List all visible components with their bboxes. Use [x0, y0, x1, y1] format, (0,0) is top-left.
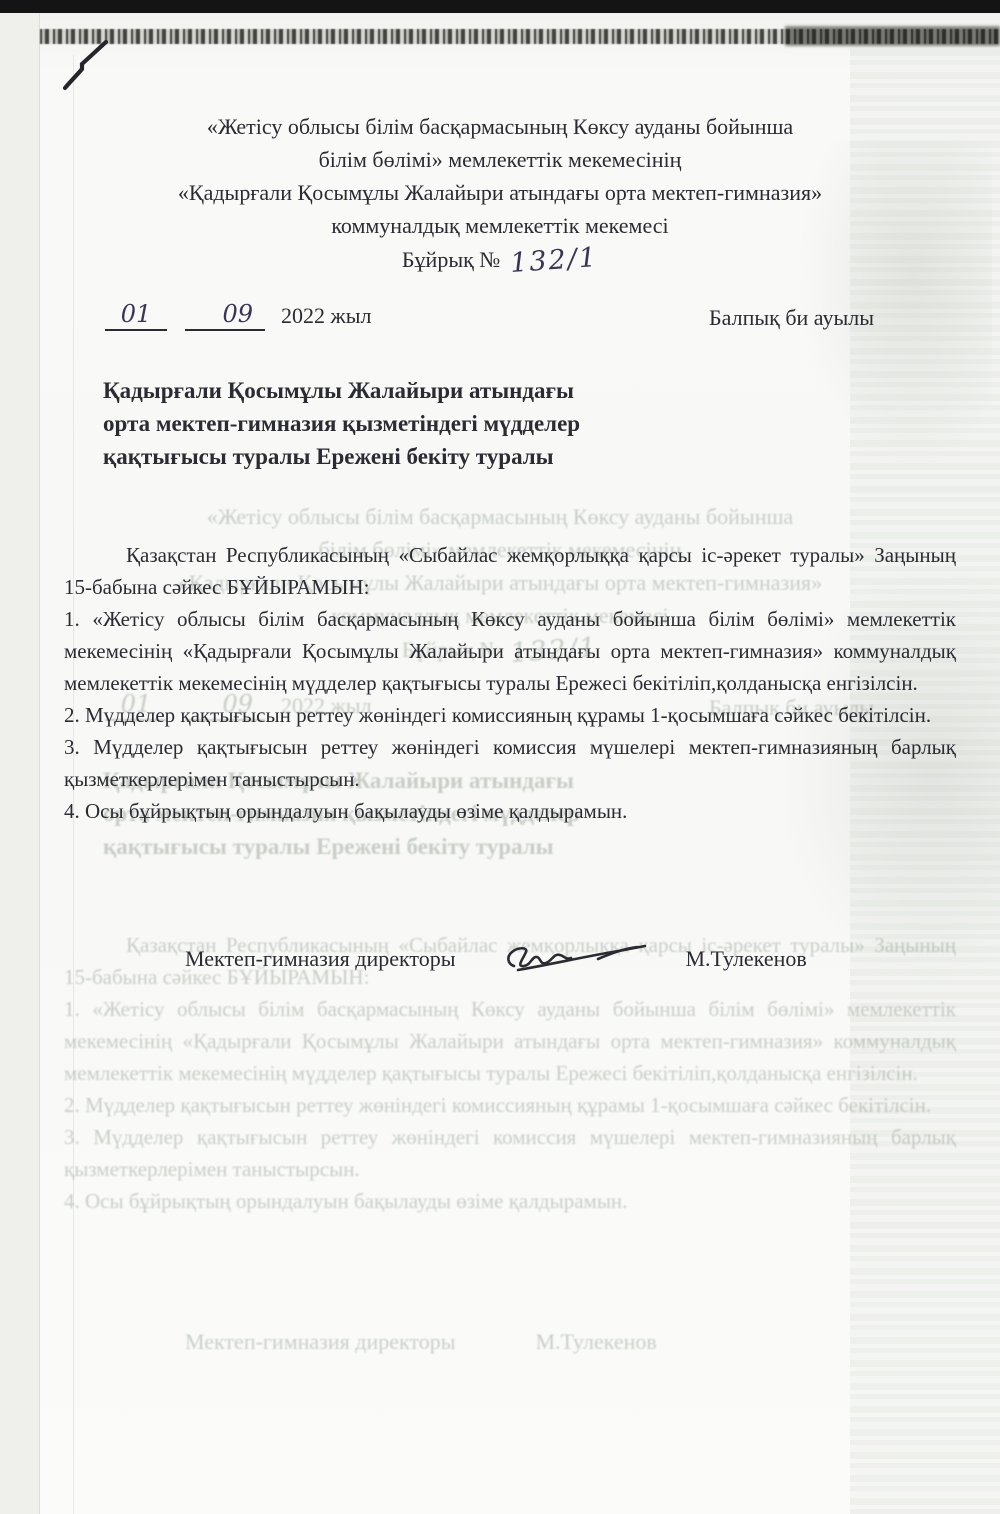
date-group: 01 09 2022 жыл — [105, 300, 371, 331]
order-title-line: Қадырғали Қосымұлы Жалайыри атындағы — [103, 374, 1000, 407]
letterhead-line: «Қадырғали Қосымұлы Жалайыри атындағы ор… — [0, 176, 1000, 209]
letterhead: «Жетісу облысы білім басқармасының Көксу… — [0, 110, 1000, 276]
order-label: Бұйрық № — [402, 247, 500, 272]
order-item-2: 2. Мүдделер қақтығысын реттеу жөніндегі … — [64, 699, 956, 731]
signature-role: Мектеп-гимназия директоры — [185, 946, 456, 972]
order-body: Қазақстан Республикасының «Сыбайлас жемқ… — [64, 539, 956, 827]
order-number-line: Бұйрық №132/1 — [0, 242, 1000, 276]
date-and-place-row: 01 09 2022 жыл Балпық би ауылы — [0, 300, 1000, 344]
letterhead-line: білім бөлімі» мемлекеттік мекемесінің — [0, 143, 1000, 176]
place-name: Балпық би ауылы — [709, 305, 874, 331]
letterhead-line: коммуналдық мемлекеттік мекемесі — [0, 209, 1000, 242]
date-month-handwritten: 09 — [185, 300, 265, 331]
order-title-line: қақтығысы туралы Ережені бекіту туралы — [103, 440, 1000, 473]
signature-name: М.Тулекенов — [686, 946, 807, 972]
scanned-document-page: «Жетісу облысы білім басқармасының Көксу… — [0, 0, 1000, 1514]
order-item-1: 1. «Жетісу облысы білім басқармасының Кө… — [64, 603, 956, 699]
signature-row: Мектеп-гимназия директоры М.Тулекенов — [185, 939, 1000, 979]
order-item-4: 4. Осы бұйрықтың орындалуын бақылауды өз… — [64, 795, 956, 827]
order-item-3: 3. Мүдделер қақтығысын реттеу жөніндегі … — [64, 731, 956, 795]
date-day-handwritten: 01 — [105, 300, 167, 331]
order-title: Қадырғали Қосымұлы Жалайыри атындағы орт… — [103, 374, 1000, 473]
signature-scribble — [500, 939, 650, 979]
date-year: 2022 жыл — [281, 303, 371, 331]
order-title-line: орта мектеп-гимназия қызметіндегі мүддел… — [103, 407, 1000, 440]
document-content: «Жетісу облысы білім басқармасының Көксу… — [0, 0, 1000, 979]
letterhead-line: «Жетісу облысы білім басқармасының Көксу… — [0, 110, 1000, 143]
preamble-paragraph: Қазақстан Республикасының «Сыбайлас жемқ… — [64, 539, 956, 603]
order-number-handwritten: 132/1 — [509, 241, 599, 280]
